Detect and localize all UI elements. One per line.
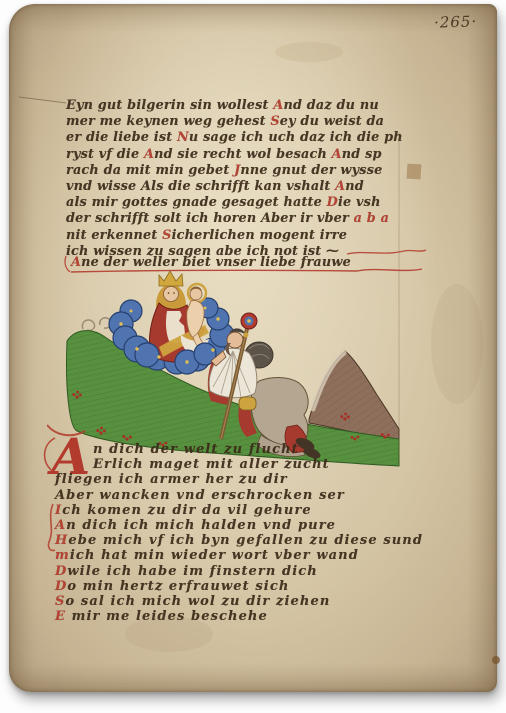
- red-ink-segment: A: [71, 255, 81, 270]
- ink-segment: ryst vf die: [66, 147, 144, 162]
- parchment-stain: [431, 284, 483, 404]
- text-line: vnd wisse Als die schrifft kan vshalt An…: [66, 179, 478, 195]
- red-ink-segment: m: [55, 548, 70, 563]
- ink-segment: ebe mich vf ich byn gefallen zu diese su…: [68, 533, 423, 548]
- red-ink-segment: D: [55, 564, 67, 579]
- ink-segment: ne der weller biet vnser liebe frauwe: [81, 255, 351, 270]
- ink-segment: er die liebe ist: [66, 130, 177, 145]
- red-ink-segment: A: [144, 147, 154, 162]
- ink-segment: ich hat min wieder wort vber wand: [70, 548, 359, 563]
- red-ink-segment: N: [177, 130, 189, 145]
- manuscript-page: ·265·: [9, 4, 497, 692]
- text-line: Erlich maget mit aller zucht: [93, 457, 485, 472]
- upper-text-block: Eyn gut bilgerin sin wollest And daz du …: [66, 98, 478, 260]
- red-ink-segment: S: [162, 228, 171, 243]
- text-line: als mir gottes gnade gesaget hatte Die v…: [66, 195, 478, 211]
- folio-number: ·265·: [434, 12, 478, 31]
- red-ink-segment: A: [55, 518, 66, 533]
- red-ink-segment: a b a: [354, 211, 389, 226]
- text-line: n dich der welt zu flucht: [93, 442, 485, 457]
- red-ink-segment: D: [55, 579, 67, 594]
- ink-segment: nd daz du nu: [283, 98, 378, 113]
- ink-segment: nd sie recht wol besach: [154, 147, 332, 162]
- text-line: Hebe mich vf ich byn gefallen zu diese s…: [55, 533, 485, 548]
- ink-segment: ch komen zu dir da vil gehure: [62, 503, 312, 518]
- ink-segment: fliegen ich armer her zu dir: [55, 472, 288, 487]
- text-line: E mir me leides beschehe: [55, 609, 485, 624]
- red-ink-segment: S: [270, 114, 279, 129]
- ink-segment: n dich ich mich halden vnd pure: [66, 518, 336, 533]
- ink-segment: Aber wancken vnd erschrocken ser: [55, 488, 345, 503]
- ink-segment: ie vsh: [338, 195, 381, 210]
- text-line: nit erkennet Sicherlichen mogent irre: [66, 228, 478, 244]
- red-ink-segment: A: [332, 147, 342, 162]
- text-line: fliegen ich armer her zu dir: [55, 472, 485, 487]
- ink-segment: u sage ich uch daz ich die ph: [189, 130, 403, 145]
- text-line: Eyn gut bilgerin sin wollest And daz du …: [66, 98, 478, 114]
- ink-segment: nit erkennet: [66, 228, 162, 243]
- text-line: Ane der weller biet vnser liebe frauwe: [71, 255, 411, 271]
- ink-segment: o sal ich mich wol zu dir ziehen: [66, 594, 331, 609]
- sky-squiggle-clouds: [82, 318, 111, 331]
- top-ruling-line: [19, 97, 66, 103]
- ink-segment: n dich der welt zu flucht: [93, 442, 299, 457]
- red-ink-segment: H: [55, 533, 68, 548]
- ink-segment: ey du weist da: [280, 114, 384, 129]
- parchment-stain: [275, 42, 343, 62]
- ink-segment: Erlich maget mit aller zucht: [93, 457, 330, 472]
- ink-segment: icherlichen mogent irre: [172, 228, 347, 243]
- ink-segment: nd sp: [342, 147, 382, 162]
- text-line: An dich ich mich halden vnd pure: [55, 518, 485, 533]
- text-line: mich hat min wieder wort vber wand: [55, 548, 485, 563]
- text-line: der schrifft solt ich horen Aber ir vber…: [66, 211, 478, 227]
- red-ink-segment: D: [327, 195, 338, 210]
- ink-segment: wile ich habe im finstern dich: [67, 564, 317, 579]
- photograph-background: ·265·: [0, 0, 506, 713]
- red-ink-segment: E: [55, 609, 66, 624]
- text-line: Dwile ich habe im finstern dich: [55, 564, 485, 579]
- text-line: Ich komen zu dir da vil gehure: [55, 503, 485, 518]
- red-ink-segment: S: [55, 594, 66, 609]
- text-line: ryst vf die And sie recht wol besach And…: [66, 147, 478, 163]
- text-line: So sal ich mich wol zu dir ziehen: [55, 594, 485, 609]
- text-line: mer me keynen weg gehest Sey du weist da: [66, 114, 478, 130]
- text-line: Aber wancken vnd erschrocken ser: [55, 488, 485, 503]
- ink-segment: nd: [345, 179, 364, 194]
- rubric-line: Ane der weller biet vnser liebe frauwe: [71, 255, 411, 271]
- brown-stain-dot: [492, 656, 500, 664]
- red-ink-segment: A: [273, 98, 283, 113]
- ink-segment: o min hertz erfrauwet sich: [67, 579, 289, 594]
- ink-segment: rach da mit min gebet: [66, 163, 234, 178]
- text-line: er die liebe ist Nu sage ich uch daz ich…: [66, 130, 478, 146]
- ink-segment: nne gnut der wysse: [240, 163, 382, 178]
- lower-text-block: n dich der welt zu fluchtErlich maget mi…: [55, 442, 485, 624]
- ink-segment: der schrifft solt ich horen Aber ir vber: [66, 211, 354, 226]
- ink-segment: mer me keynen weg gehest: [66, 114, 270, 129]
- text-line: Do min hertz erfrauwet sich: [55, 579, 485, 594]
- ink-segment: vnd wisse Als die schrifft kan vshalt: [66, 179, 335, 194]
- red-ink-segment: A: [335, 179, 345, 194]
- ink-segment: Eyn gut bilgerin sin wollest: [66, 98, 273, 113]
- text-line: rach da mit min gebet Jnne gnut der wyss…: [66, 163, 478, 179]
- ink-segment: mir me leides beschehe: [66, 609, 268, 624]
- ink-segment: als mir gottes gnade gesaget hatte: [66, 195, 327, 210]
